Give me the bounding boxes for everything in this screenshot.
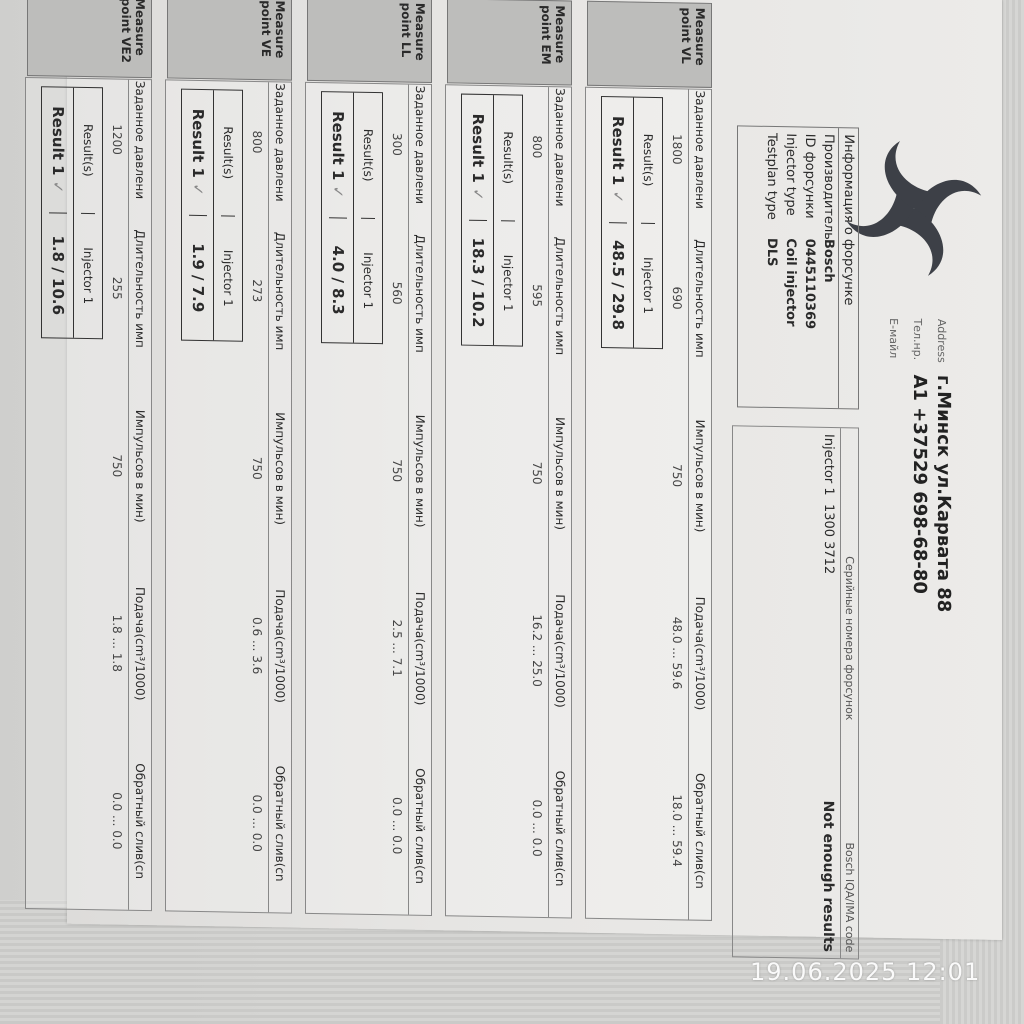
measure-point-table: Заданное давлениДлительность импИмпульсо… — [305, 82, 432, 916]
column-header: Заданное давлени — [133, 80, 147, 200]
cell-value: 800 — [250, 82, 264, 202]
column-header: Подача(cm³/1000) — [273, 557, 287, 735]
info-row: Injector typeCoil injector — [781, 127, 800, 407]
result-value: 48.5 / 29.8 — [609, 223, 627, 348]
column-header: Длительность имп — [693, 210, 707, 388]
results-label: Result(s) — [501, 95, 515, 221]
table-row: 12002557501.8 ... 1.80.0 ... 0.0 — [106, 79, 128, 909]
cell-value: 750 — [250, 379, 264, 557]
results-label: Result(s) — [81, 88, 95, 214]
column-header: Обратный слив(cn — [553, 740, 567, 918]
serial-row: Injector 1 1300 3712 Not enough results — [816, 428, 840, 958]
address-value: г.Минск ул.Карвата 88 — [933, 375, 954, 613]
measure-point-block: Measure point VE Заданное давлениДлитель… — [162, 0, 292, 921]
injector-label: Injector 1 — [81, 213, 95, 338]
cell-value: 0.0 ... 0.0 — [110, 732, 124, 910]
cell-value: 1.8 ... 1.8 — [110, 554, 124, 732]
cell-value: 273 — [250, 202, 264, 380]
photo-timestamp: 19.06.2025 12:01 — [750, 958, 980, 986]
table-row: 8002737500.6 ... 3.60.0 ... 0.0 — [246, 82, 268, 912]
result-label: Result 1 — [609, 116, 627, 186]
measure-point-table: Заданное давлениДлительность импИмпульсо… — [25, 77, 152, 911]
cell-value: 300 — [390, 84, 404, 204]
result-label: Result 1 — [189, 108, 207, 178]
company-contacts: Addressг.Минск ул.Карвата 88 Тел.нр.A1 +… — [882, 318, 954, 613]
column-header: Длительность имп — [553, 207, 567, 385]
info-row: Testplan typeDLS — [762, 127, 781, 407]
cell-value: 0.6 ... 3.6 — [250, 557, 264, 735]
report-header: Addressг.Минск ул.Карвата 88 Тел.нр.A1 +… — [724, 55, 994, 920]
measure-point-block: Measure point EM Заданное давлениДлитель… — [442, 0, 572, 925]
result-value: 4.0 / 8.3 — [329, 218, 347, 343]
column-header: Импульсов в мин) — [553, 385, 567, 563]
email-label: E-майл — [882, 318, 904, 374]
injector-label: Injector 1 — [361, 218, 375, 343]
column-header: Подача(cm³/1000) — [693, 565, 707, 743]
check-icon: ✓ — [49, 181, 67, 194]
measure-point-table: Заданное давлениДлительность импИмпульсо… — [585, 87, 712, 921]
phone-value: A1 +37529 698-68-80 — [909, 374, 930, 594]
column-header: Заданное давлени — [413, 85, 427, 205]
check-icon: ✓ — [609, 190, 627, 203]
column-header: Подача(cm³/1000) — [413, 560, 427, 738]
cell-value: 560 — [390, 204, 404, 382]
column-header: Длительность имп — [413, 205, 427, 383]
cell-value: 48.0 ... 59.6 — [670, 564, 684, 742]
cell-value: 18.0 ... 59.4 — [670, 742, 684, 920]
result-label: Result 1 — [329, 111, 347, 181]
measure-point-block: Measure point VE2 Заданное давлениДлител… — [22, 0, 152, 918]
table-row: 80059575016.2 ... 25.00.0 ... 0.0 — [526, 87, 548, 917]
column-header: Заданное давлени — [553, 87, 567, 207]
result-value: 18.3 / 10.2 — [469, 220, 487, 345]
column-header: Длительность имп — [133, 200, 147, 378]
info-row: ID форсунки0445110369 — [800, 127, 819, 407]
cell-value: 16.2 ... 25.0 — [530, 562, 544, 740]
column-header: Импульсов в мин) — [133, 377, 147, 555]
column-header: Обратный слив(cn — [413, 737, 427, 915]
result-box: Result(s)Injector 1 Result 1 ✓1.9 / 7.9 — [181, 89, 243, 342]
results-label: Result(s) — [221, 90, 235, 216]
result-box: Result(s)Injector 1 Result 1 ✓4.0 / 8.3 — [321, 91, 383, 344]
column-header: Обратный слив(cn — [693, 742, 707, 920]
cell-value: 0.0 ... 0.0 — [390, 737, 404, 915]
measure-point-title: Measure point EM — [447, 0, 572, 85]
cell-value: 750 — [390, 382, 404, 560]
serial-header-label: Серийные номера форсунок — [843, 434, 856, 842]
result-value: 1.9 / 7.9 — [189, 215, 207, 340]
column-header: Заданное давлени — [273, 82, 287, 202]
cell-value: 1200 — [110, 79, 124, 199]
column-header: Подача(cm³/1000) — [133, 555, 147, 733]
cell-value: 2.5 ... 7.1 — [390, 559, 404, 737]
column-header: Подача(cm³/1000) — [553, 562, 567, 740]
cell-value: 595 — [530, 207, 544, 385]
results-label: Result(s) — [361, 93, 375, 219]
cell-value: 800 — [530, 87, 544, 207]
measure-point-table: Заданное давлениДлительность импИмпульсо… — [445, 84, 572, 918]
serial-numbers-box: Серийные номера форсунок Bosch IQA/IMA c… — [732, 425, 859, 959]
result-label: Result 1 — [469, 113, 487, 183]
column-header: Обратный слив(cn — [273, 735, 287, 913]
cell-value: 0.0 ... 0.0 — [530, 739, 544, 917]
cell-value: 750 — [670, 387, 684, 565]
table-header-row: Заданное давлениДлительность импИмпульсо… — [548, 87, 571, 917]
measure-point-table: Заданное давлениДлительность импИмпульсо… — [165, 79, 292, 913]
column-header: Обратный слив(cn — [133, 732, 147, 910]
injector-label: Injector 1 — [641, 223, 655, 348]
measure-point-title: Measure point VE2 — [27, 0, 152, 78]
table-header-row: Заданное давлениДлительность импИмпульсо… — [268, 82, 291, 912]
measure-point-block: Measure point VL Заданное давлениДлитель… — [582, 1, 712, 928]
column-header: Импульсов в мин) — [693, 387, 707, 565]
results-label: Result(s) — [641, 98, 655, 224]
column-header: Импульсов в мин) — [413, 382, 427, 560]
result-value: 1.8 / 10.6 — [49, 213, 67, 338]
cell-value: 1800 — [670, 89, 684, 209]
cell-value: 750 — [110, 377, 124, 555]
info-row: ПроизводительBosch — [819, 128, 838, 408]
cell-value: 0.0 ... 0.0 — [250, 734, 264, 912]
check-icon: ✓ — [469, 188, 487, 201]
result-box: Result(s)Injector 1 Result 1 ✓48.5 / 29.… — [601, 96, 663, 349]
test-report-page: Addressг.Минск ул.Карвата 88 Тел.нр.A1 +… — [67, 0, 1002, 940]
result-box: Result(s)Injector 1 Result 1 ✓1.8 / 10.6 — [41, 86, 103, 339]
cell-value: 690 — [670, 209, 684, 387]
measure-point-title: Measure point LL — [307, 0, 432, 83]
table-header-row: Заданное давлениДлительность импИмпульсо… — [128, 80, 151, 910]
result-label: Result 1 — [49, 106, 67, 176]
measure-point-title: Measure point VL — [587, 1, 712, 88]
check-icon: ✓ — [329, 185, 347, 198]
cell-value: 255 — [110, 199, 124, 377]
table-header-row: Заданное давлениДлительность импИмпульсо… — [688, 90, 711, 920]
table-header-row: Заданное давлениДлительность импИмпульсо… — [408, 85, 431, 915]
injector-label: Injector 1 — [221, 216, 235, 341]
injector-label: Injector 1 — [501, 221, 515, 346]
measure-point-title: Measure point VE — [167, 0, 292, 81]
result-box: Result(s)Injector 1 Result 1 ✓18.3 / 10.… — [461, 94, 523, 347]
column-header: Импульсов в мин) — [273, 380, 287, 558]
injector-info-box: Информация о форсунке ПроизводительBosch… — [737, 125, 859, 409]
column-header: Длительность имп — [273, 202, 287, 380]
measure-point-block: Measure point LL Заданное давлениДлитель… — [302, 0, 432, 923]
address-label: Address — [930, 319, 952, 375]
serial-injector-label: Injector 1 — [821, 434, 836, 496]
injector-info-title: Информация о форсунке — [838, 128, 858, 408]
table-row: 180069075048.0 ... 59.618.0 ... 59.4 — [666, 89, 688, 919]
table-row: 3005607502.5 ... 7.10.0 ... 0.0 — [386, 84, 408, 914]
code-header-label: Bosch IQA/IMA code — [843, 842, 856, 952]
serial-number: 1300 3712 — [821, 504, 836, 575]
swirl-logo-icon — [844, 137, 984, 279]
column-header: Заданное давлени — [693, 90, 707, 210]
phone-label: Тел.нр. — [906, 318, 928, 374]
serial-header: Серийные номера форсунок Bosch IQA/IMA c… — [840, 428, 858, 958]
code-value: Not enough results — [820, 800, 836, 952]
check-icon: ✓ — [189, 183, 207, 196]
cell-value: 750 — [530, 384, 544, 562]
